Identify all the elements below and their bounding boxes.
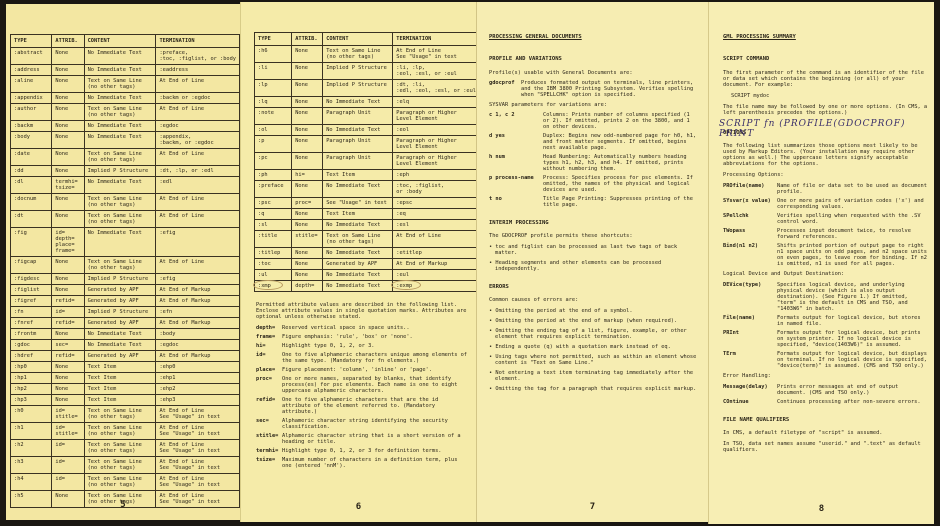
script-follow: The file name may be followed by one or … [723, 104, 929, 116]
interim-heading: INTERIM PROCESSING [489, 220, 697, 226]
cell-content: No Immediate Text [323, 125, 393, 136]
sysvar-item: c 1, c 2Columns: Prints number of column… [489, 112, 697, 130]
error-item: • Omitting the period at the end of mark… [489, 318, 697, 324]
cell-attrib: None [52, 121, 84, 132]
attribute-item: termhi=Highlight type 0, 1, 2, or 3 for … [256, 448, 470, 454]
table-row: :lpNoneImplied P Structure:dt, :li,:edl,… [255, 80, 477, 97]
option-item-name: TErm [723, 351, 777, 369]
cell-content: Text on Same Line(no other tags) [84, 423, 156, 440]
attribute-name: place= [256, 367, 282, 373]
cell-content: Text on Same Line(no other tags) [84, 406, 156, 423]
fnq-heading: FILE NAME QUALIFIERS [723, 417, 929, 423]
cell-content: Paragraph Unit [323, 136, 393, 153]
table-row: :gdocsec=No Immediate Text:egdoc [11, 340, 240, 351]
table-row: :ddNoneImplied P Structure:dt, :lp, or :… [11, 166, 240, 177]
cell-attrib: None [52, 329, 84, 340]
cell-attrib: stitle= [292, 231, 323, 248]
attribute-name: proc= [256, 376, 282, 394]
cell-content: Paragraph Unit [323, 153, 393, 170]
attribute-desc: Reserved vertical space in space units.. [282, 325, 470, 331]
cell-type: :ul [255, 270, 292, 281]
cell-attrib: None [292, 63, 323, 80]
cell-attrib: None [52, 395, 84, 406]
cell-type: :dt [11, 211, 52, 228]
option-item: COntinueContinues processing after non-s… [723, 399, 929, 405]
error-item: • Not entering a text item terminating t… [489, 370, 697, 382]
table-row: :fnid=Implied P Structure:efn [11, 307, 240, 318]
cell-termination: :epsc [393, 198, 476, 209]
cell-termination: At End of Markup [156, 351, 240, 362]
interim-intro: The GDOCPROF profile permits these short… [489, 233, 697, 239]
cell-type: :lq [255, 97, 292, 108]
cell-type: :author [11, 104, 52, 121]
handwritten-annotation: SCRIPT fn (PROFILE(GDOCPROF) PRINT [719, 119, 934, 139]
header-attrib: ATTRIB. [52, 35, 84, 48]
cell-type: :aline [11, 76, 52, 93]
page-number: 5 [6, 500, 240, 510]
cell-content: No Immediate Text [84, 121, 156, 132]
cell-attrib: None [292, 181, 323, 198]
sysvar-item: d yesDuplex: Begins new odd-numbered pag… [489, 133, 697, 151]
cell-type: :backm [11, 121, 52, 132]
page-6: TYPE ATTRIB. CONTENT TERMINATION :h6None… [240, 2, 476, 522]
cell-type: :preface [255, 181, 292, 198]
cell-termination: :body [156, 329, 240, 340]
cell-attrib: id= [52, 440, 84, 457]
attribute-item: id=One to five alphameric characters uni… [256, 352, 470, 364]
option-item-desc: Verifies spelling when requested with th… [777, 213, 929, 225]
cell-termination: At End of LineSee "Usage" in text [393, 46, 476, 63]
table-row: :docnumNoneText on Same Line(no other ta… [11, 194, 240, 211]
cell-attrib: None [52, 166, 84, 177]
table-row: :olNoneNo Immediate Text:eol [255, 125, 477, 136]
error-item: • Ending a quote (q) with a quotation ma… [489, 344, 697, 350]
cell-type: :p [255, 136, 292, 153]
cell-attrib: None [52, 76, 84, 93]
cell-attrib: refid= [52, 296, 84, 307]
cell-content: Text on Same Line(no other tags) [84, 211, 156, 228]
cell-termination: :efig [156, 228, 240, 257]
cell-type: :gdoc [11, 340, 52, 351]
cell-type: :toc [255, 259, 292, 270]
cell-content: No Immediate Text [323, 270, 393, 281]
table-row: :tocNoneGenerated by APFAt End of Markup [255, 259, 477, 270]
cell-content: No Immediate Text [84, 177, 156, 194]
cell-type: :q [255, 209, 292, 220]
processing-options-list: PROfile(name)Name of file or data set to… [723, 183, 929, 267]
sysvar-item: h numHead Numbering: Automatically numbe… [489, 154, 697, 172]
script-example: SCRIPT mydoc [731, 93, 929, 99]
cell-attrib: None [292, 248, 323, 259]
cell-attrib: None [292, 125, 323, 136]
table-row: :qNoneText Item:eq [255, 209, 477, 220]
option-item-name: COntinue [723, 399, 777, 405]
cell-termination: At End of Markup [156, 285, 240, 296]
cell-type: :hp1 [11, 373, 52, 384]
cell-content: No Immediate Text [84, 329, 156, 340]
cell-type: :ol [255, 125, 292, 136]
table-row: :hdrefrefid=Generated by APFAt End of Ma… [11, 351, 240, 362]
cell-attrib: None [292, 97, 323, 108]
device-options-list: DEVice(type)Specifies logical device, an… [723, 282, 929, 369]
table-row: :h3id=Text on Same Line(no other tags)At… [11, 457, 240, 474]
cell-content: Generated by APF [84, 285, 156, 296]
cell-type: :hdref [11, 351, 52, 362]
sysvar-item-name: p process-name [489, 175, 543, 193]
option-item-desc: Specifies logical device, and underlying… [777, 282, 929, 312]
attribute-desc: Highlight type 0, 1, 2, or 3. [282, 343, 470, 349]
gdocprof-entry: gdocprof Produces formatted output on te… [489, 80, 697, 98]
cell-type: :address [11, 65, 52, 76]
table-row: :hp2NoneText Item:ehp2 [11, 384, 240, 395]
table-row: :dtNoneText on Same Line(no other tags)A… [11, 211, 240, 228]
page-7: PROCESSING GENERAL DOCUMENTS PROFILE AND… [476, 2, 708, 522]
option-item-name: File(name) [723, 315, 777, 327]
table-row: :titlestitle=Text on Same Line(no other … [255, 231, 477, 248]
option-item: DEVice(type)Specifies logical device, an… [723, 282, 929, 312]
cell-content: Text Item [323, 209, 393, 220]
pen-circle-mark [391, 280, 421, 290]
cell-content: Generated by APF [84, 318, 156, 329]
table-row: :pcNoneParagraph UnitParagraph or Higher… [255, 153, 477, 170]
cell-attrib: depth= [292, 281, 323, 292]
cell-content: Text Item [323, 170, 393, 181]
header-content: CONTENT [323, 33, 393, 46]
attribute-list: depth=Reserved vertical space in space u… [256, 325, 470, 469]
cell-attrib: None [52, 257, 84, 274]
attribute-item: refid=One to five alphameric characters … [256, 397, 470, 415]
table-row: :figrefrefid=Generated by APFAt End of M… [11, 296, 240, 307]
cell-termination: At End of Line [156, 149, 240, 166]
cell-type: :fn [11, 307, 52, 318]
table-row: :hp0NoneText Item:ehp0 [11, 362, 240, 373]
sysvar-item-name: d yes [489, 133, 543, 151]
cell-content: No Immediate Text [323, 248, 393, 259]
cell-content: Text on Same Line(no other tags) [323, 46, 393, 63]
cell-attrib: None [292, 153, 323, 170]
cell-type: :dd [11, 166, 52, 177]
option-item-name: DEVice(type) [723, 282, 777, 312]
sysvar-item-name: c 1, c 2 [489, 112, 543, 130]
attribute-item: frame=Figure emphasis: 'rule', 'box' or … [256, 334, 470, 340]
cell-content: Text on Same Line(no other tags) [84, 474, 156, 491]
table-row: :figid=depth=place=frame=No Immediate Te… [11, 228, 240, 257]
cell-content: Generated by APF [84, 351, 156, 362]
table-row: :titlepNoneNo Immediate Text:etitlep [255, 248, 477, 259]
fnq-item: In TSO, data set names assume "userid." … [723, 441, 929, 453]
cell-termination: At End of LineSee "Usage" in text [156, 423, 240, 440]
tag-table-page-6: TYPE ATTRIB. CONTENT TERMINATION :h6None… [254, 32, 476, 292]
option-item-name: SYsvar(x value) [723, 198, 777, 210]
page-title: PROCESSING GENERAL DOCUMENTS [489, 34, 697, 40]
cell-termination: At End of Line [156, 104, 240, 121]
attribute-item: depth=Reserved vertical space in space u… [256, 325, 470, 331]
fnq-item: In CMS, a default filetype of "script" i… [723, 430, 929, 436]
page-number: 8 [709, 504, 934, 514]
cell-content: No Immediate Text [84, 132, 156, 149]
option-item-desc: Processes input document twice, to resol… [777, 228, 929, 240]
cell-attrib: None [52, 194, 84, 211]
attribute-name: frame= [256, 334, 282, 340]
table-row: :appendixNoneNo Immediate Text:backm or … [11, 93, 240, 104]
gdocprof-desc: Produces formatted output on terminals, … [521, 80, 697, 98]
cell-termination: :ehp2 [156, 384, 240, 395]
cell-termination: :ehp0 [156, 362, 240, 373]
cell-attrib: None [292, 46, 323, 63]
cell-attrib: None [292, 108, 323, 125]
option-item-name: Message(delay) [723, 384, 777, 396]
cell-termination: At End of Line [156, 76, 240, 93]
header-termination: TERMINATION [393, 33, 476, 46]
cell-type: :titlep [255, 248, 292, 259]
tag-table-page-5: TYPE ATTRIB. CONTENT TERMINATION :abstra… [10, 34, 240, 508]
cell-content: Text on Same Line(no other tags) [84, 76, 156, 93]
attribute-item: sec=Alphameric character string identify… [256, 418, 470, 430]
sysvar-item-desc: Duplex: Begins new odd-numbered page for… [543, 133, 697, 151]
option-item-desc: Prints error messages at end of output d… [777, 384, 929, 396]
device-label: Logical Device and Output Destination: [723, 271, 929, 277]
option-item-desc: Continues processing after non-severe er… [777, 399, 929, 405]
attribute-name: id= [256, 352, 282, 364]
table-row: :dateNoneText on Same Line(no other tags… [11, 149, 240, 166]
cell-attrib: termhi=tsize= [52, 177, 84, 194]
error-options-list: Message(delay)Prints error messages at e… [723, 384, 929, 405]
cell-attrib: None [52, 274, 84, 285]
error-item: • Omitting the ending tag of a list, fig… [489, 328, 697, 340]
cell-termination: :eaddress [156, 65, 240, 76]
cell-type: :h6 [255, 46, 292, 63]
pen-circle-mark [253, 280, 283, 290]
page-number: 6 [241, 502, 476, 512]
cell-termination: At End of Markup [156, 296, 240, 307]
cell-type: :sl [255, 220, 292, 231]
attribute-name: depth= [256, 325, 282, 331]
cell-attrib: None [292, 80, 323, 97]
option-item-desc: Formats output for logical device, but s… [777, 315, 929, 327]
page-title: GML PROCESSING SUMMARY [723, 34, 929, 40]
cell-termination: At End of Line [156, 194, 240, 211]
table-row: :authorNoneText on Same Line(no other ta… [11, 104, 240, 121]
cell-content: Implied P Structure [323, 80, 393, 97]
interim-item: • toc and figlist can be processed as la… [489, 244, 697, 256]
attribute-item: stitle=Alphameric character string that … [256, 433, 470, 445]
cell-content: Text on Same Line(no other tags) [84, 194, 156, 211]
cell-termination: :backm or :egdoc [156, 93, 240, 104]
cell-type: :figlist [11, 285, 52, 296]
attribute-section: Permitted attribute values are described… [256, 302, 470, 472]
page-5: TYPE ATTRIB. CONTENT TERMINATION :abstra… [6, 4, 240, 520]
table-row: :h6NoneText on Same Line(no other tags)A… [255, 46, 477, 63]
option-item-desc: Shifts printed portion of output page to… [777, 243, 929, 267]
cell-termination: :egdoc [156, 340, 240, 351]
attribute-name: stitle= [256, 433, 282, 445]
cell-type: :frontm [11, 329, 52, 340]
option-item: PRIntFormats output for logical device, … [723, 330, 929, 348]
cell-attrib: None [52, 65, 84, 76]
cell-termination: :egdoc [156, 121, 240, 132]
cell-termination: At End of Line [156, 211, 240, 228]
cell-termination: At End of LineSee "Usage" in text [156, 457, 240, 474]
cell-content: No Immediate Text [84, 48, 156, 65]
errors-intro: Common causes of errors are: [489, 297, 697, 303]
option-item-desc: Name of file or data set to be used as d… [777, 183, 929, 195]
cell-content: See "Usage" in text [323, 198, 393, 209]
cell-attrib: id=stitle= [52, 406, 84, 423]
cell-content: No Immediate Text [84, 65, 156, 76]
cell-attrib: None [292, 270, 323, 281]
table-row: :dltermhi=tsize=No Immediate Text:edl [11, 177, 240, 194]
attribute-item: hi=Highlight type 0, 1, 2, or 3. [256, 343, 470, 349]
cell-type: :lp [255, 80, 292, 97]
option-item-name: PROfile(name) [723, 183, 777, 195]
attribute-name: tsize= [256, 457, 282, 469]
cell-termination: :ehp3 [156, 395, 240, 406]
cell-termination: At End of Markup [156, 318, 240, 329]
cell-content: Implied P Structure [84, 274, 156, 285]
header-attrib: ATTRIB. [292, 33, 323, 46]
cell-termination: At End of LineSee "Usage" in text [156, 406, 240, 423]
attribute-name: hi= [256, 343, 282, 349]
option-item-desc: One or more pairs of variation codes ('x… [777, 198, 929, 210]
cell-type: :h3 [11, 457, 52, 474]
cell-content: No Immediate Text [84, 228, 156, 257]
cell-content: Text on Same Line(no other tags) [84, 440, 156, 457]
cell-content: Text on Same Line(no other tags) [323, 231, 393, 248]
header-type: TYPE [255, 33, 292, 46]
table-row: :abstractNoneNo Immediate Text:preface,:… [11, 48, 240, 65]
table-row: :h0id=stitle=Text on Same Line(no other … [11, 406, 240, 423]
cell-termination: Paragraph or HigherLevel Element [393, 153, 476, 170]
cell-type: :body [11, 132, 52, 149]
attribute-desc: One or more names, separated by blanks, … [282, 376, 470, 394]
cell-content: No Immediate Text [84, 340, 156, 351]
options-intro: The following list summarizes those opti… [723, 143, 929, 167]
sysvar-item-name: h num [489, 154, 543, 172]
cell-content: Text Item [84, 362, 156, 373]
cell-type: :hp3 [11, 395, 52, 406]
table-row: :h4id=Text on Same Line(no other tags)At… [11, 474, 240, 491]
cell-type: :dl [11, 177, 52, 194]
cell-attrib: refid= [52, 351, 84, 362]
cell-attrib: id=stitle= [52, 423, 84, 440]
cell-termination: :preface,:toc, :figlist, or :body [156, 48, 240, 65]
cell-type: :date [11, 149, 52, 166]
cell-type: :h1 [11, 423, 52, 440]
cell-content: Paragraph Unit [323, 108, 393, 125]
attribute-desc: Highlight type 0, 1, 2, or 3 for definit… [282, 448, 470, 454]
option-item: Bind(n1 n2)Shifts printed portion of out… [723, 243, 929, 267]
option-item: PROfile(name)Name of file or data set to… [723, 183, 929, 195]
errors-list: • Omitting the period at the end of a sy… [489, 308, 697, 392]
cell-termination: :esl [393, 220, 476, 231]
cell-termination: :li, :lp,:eol, :esl, or :eul [393, 63, 476, 80]
cell-attrib: None [52, 93, 84, 104]
cell-termination: :efn [156, 307, 240, 318]
cell-type: :xmp [255, 281, 292, 292]
cell-type: :note [255, 108, 292, 125]
cell-type: :abstract [11, 48, 52, 65]
sysvar-item-name: t no [489, 196, 543, 208]
header-content: CONTENT [84, 35, 156, 48]
cell-attrib: None [52, 48, 84, 65]
option-item: TErmFormats output for logical device, b… [723, 351, 929, 369]
cell-type: :li [255, 63, 292, 80]
option-item: File(name)Formats output for logical dev… [723, 315, 929, 327]
cell-termination: Paragraph or HigherLevel Element [393, 136, 476, 153]
cell-content: No Immediate Text [323, 220, 393, 231]
error-item: • Using tags where not permitted, such a… [489, 354, 697, 366]
cell-type: :fig [11, 228, 52, 257]
cell-attrib: sec= [52, 340, 84, 351]
table-row: :slNoneNo Immediate Text:esl [255, 220, 477, 231]
cell-termination: :etitlep [393, 248, 476, 259]
cell-attrib: hi= [292, 170, 323, 181]
cell-termination: At End of Line [393, 231, 476, 248]
errors-heading: ERRORS [489, 284, 697, 290]
option-item-name: Bind(n1 n2) [723, 243, 777, 267]
cell-type: :h4 [11, 474, 52, 491]
page-8: GML PROCESSING SUMMARY SCRIPT COMMAND Th… [708, 2, 934, 524]
option-item-desc: Formats output for logical device, but d… [777, 351, 929, 369]
option-item: SYsvar(x value)One or more pairs of vari… [723, 198, 929, 210]
table-row: :hp3NoneText Item:ehp3 [11, 395, 240, 406]
table-row: :prefaceNoneNo Immediate Text:toc, :figl… [255, 181, 477, 198]
gdocprof-name: gdocprof [489, 80, 521, 98]
cell-type: :fnref [11, 318, 52, 329]
table-row: :figcapNoneText on Same Line(no other ta… [11, 257, 240, 274]
script-intro: The first parameter of the command is an… [723, 70, 929, 88]
table-row: :figdescNoneImplied P Structure:efig [11, 274, 240, 285]
page-number: 7 [477, 502, 708, 512]
cell-termination: :elq [393, 97, 476, 108]
table-row: :noteNoneParagraph UnitParagraph or High… [255, 108, 477, 125]
table-row: :addressNoneNo Immediate Text:eaddress [11, 65, 240, 76]
header-termination: TERMINATION [156, 35, 240, 48]
error-item: • Omitting the period at the end of a sy… [489, 308, 697, 314]
attribute-name: sec= [256, 418, 282, 430]
cell-termination: :eph [393, 170, 476, 181]
cell-termination: :appendix,:backm, or :egdoc [156, 132, 240, 149]
cell-termination: :dt, :li,:edl, :eol, :esl, or :eul [393, 80, 476, 97]
cell-type: :hp0 [11, 362, 52, 373]
cell-termination: At End of Markup [393, 259, 476, 270]
sysvar-list: c 1, c 2Columns: Prints number of column… [489, 112, 697, 208]
option-item-name: SPellchk [723, 213, 777, 225]
cell-termination: :toc, :figlist,or :body [393, 181, 476, 198]
cell-termination: :eq [393, 209, 476, 220]
cell-type: :ph [255, 170, 292, 181]
script-heading: SCRIPT COMMAND [723, 56, 929, 62]
cell-termination: :ehp1 [156, 373, 240, 384]
interim-list: • toc and figlist can be processed as la… [489, 244, 697, 272]
document-spread: TYPE ATTRIB. CONTENT TERMINATION :abstra… [0, 0, 940, 526]
cell-content: Implied P Structure [84, 166, 156, 177]
attribute-item: proc=One or more names, separated by bla… [256, 376, 470, 394]
sysvar-item: t noTitle Page Printing: Suppresses prin… [489, 196, 697, 208]
cell-content: Generated by APF [323, 259, 393, 270]
cell-attrib: id= [52, 474, 84, 491]
table-row: :phhi=Text Item:eph [255, 170, 477, 181]
cell-content: Text Item [84, 373, 156, 384]
attribute-intro: Permitted attribute values are described… [256, 302, 470, 320]
attribute-name: termhi= [256, 448, 282, 454]
cell-content: No Immediate Text [84, 93, 156, 104]
fnq-list: In CMS, a default filetype of "script" i… [723, 430, 929, 453]
cell-type: :appendix [11, 93, 52, 104]
sysvar-item-desc: Process: Specifies process for psc eleme… [543, 175, 697, 193]
attribute-desc: One to five alphameric characters unique… [282, 352, 470, 364]
interim-item: • Heading segments and other elements ca… [489, 260, 697, 272]
